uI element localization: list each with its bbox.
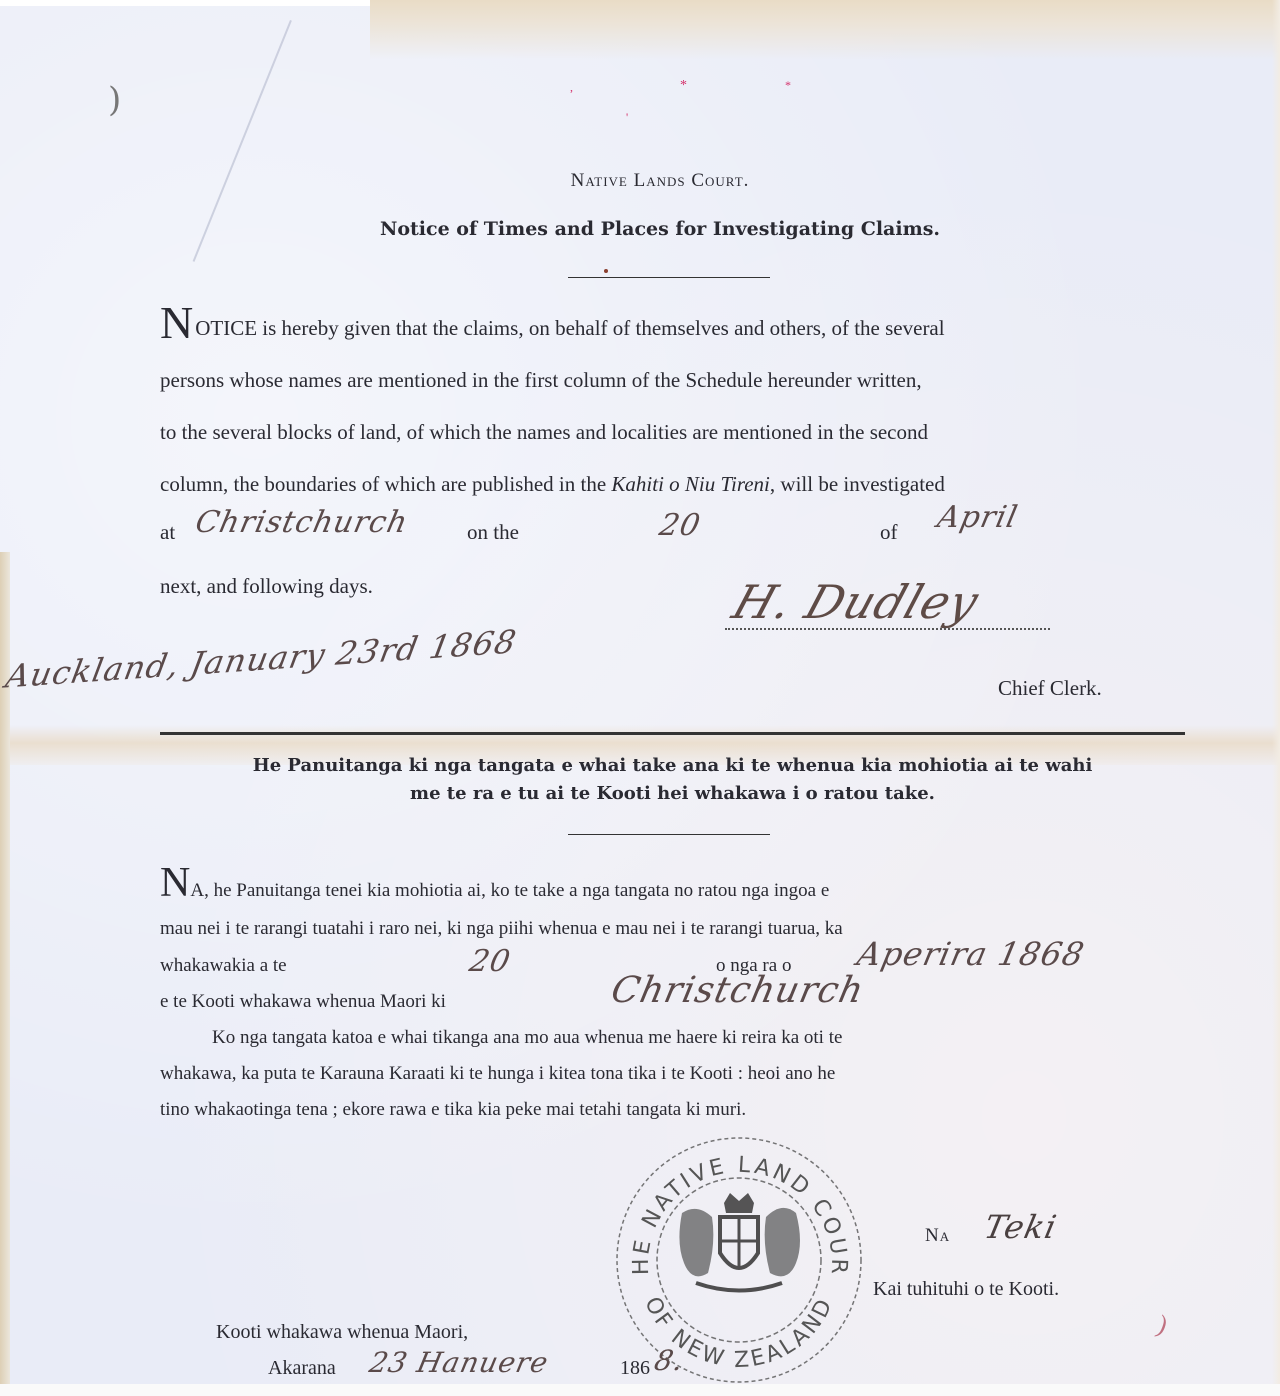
footer-date-handwritten: 23 Hanuere: [366, 1346, 551, 1379]
english-notice-body: NOTICE is hereby given that the claims, …: [160, 302, 1185, 510]
footer-court-name: Kooti whakawa whenua Maori,: [216, 1321, 468, 1344]
maori-place-handwritten: Christchurch: [608, 970, 868, 1011]
day-handwritten: 20: [656, 508, 704, 543]
signature-line: [725, 628, 1050, 630]
ink-mark: ,: [570, 80, 573, 95]
maori-day-handwritten: 20: [466, 944, 514, 979]
of-label: of: [880, 520, 898, 545]
section-divider: [160, 732, 1185, 735]
court-title: Native Lands Court.: [0, 170, 1280, 192]
right-edge: [1272, 0, 1280, 1396]
footer-year-printed: 186: [620, 1357, 650, 1380]
ink-dot: [604, 269, 608, 273]
on-the-label: on the: [467, 520, 519, 545]
document-paper: , * * ' ) Native Lands Court. Notice of …: [0, 0, 1280, 1396]
maori-heading: He Panuitanga ki nga tangata e whai take…: [160, 752, 1185, 808]
body-line-3: to the several blocks of land, of which …: [160, 406, 1185, 458]
ink-mark: ): [1153, 1309, 1171, 1340]
na-label: Na: [925, 1225, 950, 1247]
chief-clerk-title: Chief Clerk.: [998, 676, 1102, 701]
kooti-ki-label: e te Kooti whakawa whenua Maori ki: [160, 991, 446, 1013]
notice-title: Notice of Times and Places for Investiga…: [0, 218, 1280, 240]
following-days: next, and following days.: [160, 574, 373, 599]
at-label: at: [160, 520, 175, 545]
divider-rule: [568, 277, 770, 278]
maori-line-1: NA, he Panuitanga tenei kia mohiotia ai,…: [160, 868, 1185, 909]
ink-mark: ': [626, 110, 628, 125]
month-handwritten: April: [934, 500, 1021, 535]
whakawakia-label: whakawakia a te: [160, 955, 287, 977]
dateline-handwritten: Auckland, January 23rd 1868: [3, 623, 520, 696]
place-handwritten: Christchurch: [192, 505, 411, 540]
ink-mark: *: [680, 78, 687, 94]
maori-month-handwritten: Aperira 1868: [854, 935, 1088, 973]
coat-of-arms-icon: [679, 1193, 800, 1291]
chief-clerk-signature: H. Dudley: [726, 575, 986, 629]
teki-signature: Teki: [981, 1208, 1060, 1246]
pen-mark: ): [108, 80, 121, 120]
footer-akarana: Akarana: [268, 1357, 336, 1380]
body-line-4: column, the boundaries of which are publ…: [160, 458, 1185, 510]
body-line-2: persons whose names are mentioned in the…: [160, 354, 1185, 406]
body-line-1: NOTICE is hereby given that the claims, …: [160, 302, 1185, 354]
divider-rule: [568, 834, 770, 835]
kai-tuhituhi-title: Kai tuhituhi o te Kooti.: [873, 1278, 1059, 1301]
age-stain: [370, 0, 1280, 60]
ink-mark: *: [785, 78, 791, 93]
drop-cap: N: [160, 308, 193, 338]
gazette-name: Kahiti o Niu Tireni: [611, 472, 770, 496]
drop-cap: N: [160, 860, 190, 906]
maori-paragraph-2: Ko nga tangata katoa e whai tikanga ana …: [160, 1020, 1185, 1128]
court-seal-stamp: THE NATIVE LAND COURT OF NEW ZEALAND: [612, 1133, 867, 1388]
